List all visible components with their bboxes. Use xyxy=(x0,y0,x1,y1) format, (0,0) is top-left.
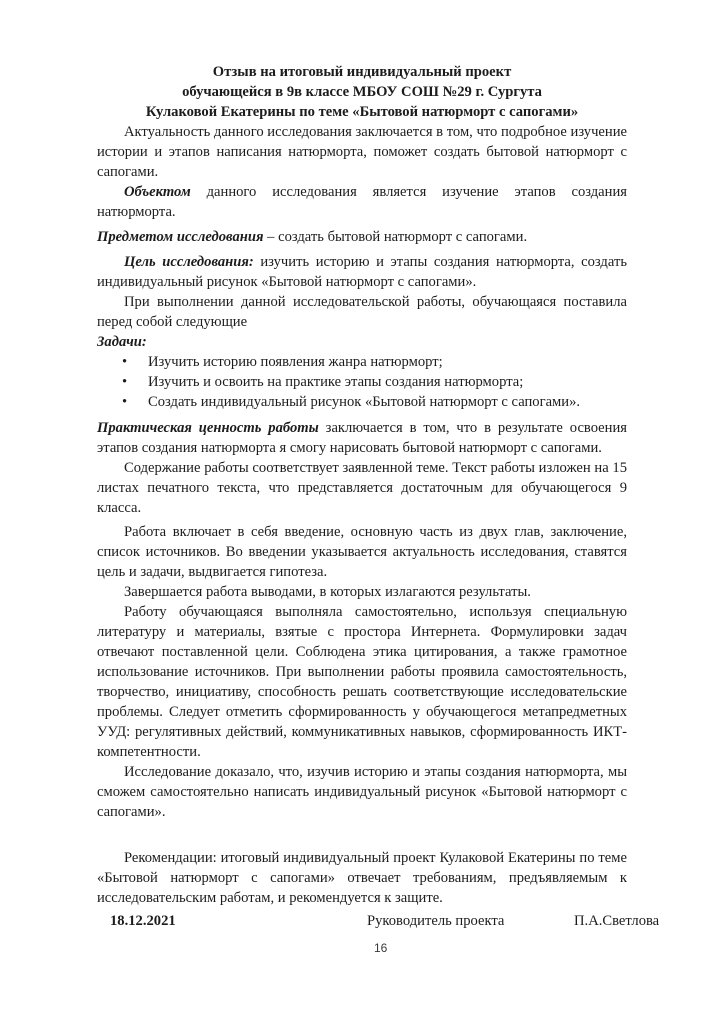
text-run: обучающейся в 9в классе МБОУ СОШ №29 г. … xyxy=(182,84,542,100)
paragraph: Практическая ценность работы заключается… xyxy=(97,418,627,458)
paragraph: Исследование доказало, что, изучив истор… xyxy=(97,762,627,822)
text-run: Рекомендации: итоговый индивидуальный пр… xyxy=(97,850,627,906)
signature-name: П.А.Светлова xyxy=(574,911,659,931)
paragraph: Рекомендации: итоговый индивидуальный пр… xyxy=(97,848,627,908)
document-content: Отзыв на итоговый индивидуальный проекто… xyxy=(97,62,627,931)
document-page: { "document": { "blocks": [ {"type":"p",… xyxy=(0,0,723,1024)
bullet-icon: • xyxy=(122,372,127,392)
text-run: Задачи: xyxy=(97,334,147,350)
signature-row: 18.12.2021 Руководитель проекта П.А.Свет… xyxy=(97,911,627,931)
paragraph: Предметом исследования – создать бытовой… xyxy=(97,227,627,247)
signature-date: 18.12.2021 xyxy=(110,911,176,931)
text-run: Цель исследования: xyxy=(124,254,254,270)
text-run: – создать бытовой натюрморт с сапогами. xyxy=(264,229,528,245)
paragraph: Работу обучающаяся выполняла самостоятел… xyxy=(97,602,627,762)
text-run: Изучить и освоить на практике этапы созд… xyxy=(148,374,523,390)
text-run: Завершается работа выводами, в которых и… xyxy=(124,584,531,600)
signature-role: Руководитель проекта xyxy=(367,911,504,931)
text-run: Создать индивидуальный рисунок «Бытовой … xyxy=(148,394,580,410)
paragraph: Объектом данного исследования является и… xyxy=(97,182,627,222)
paragraph: Цель исследования: изучить историю и эта… xyxy=(97,252,627,292)
title-line: Кулаковой Екатерины по теме «Бытовой нат… xyxy=(97,102,627,122)
title-line: обучающейся в 9в классе МБОУ СОШ №29 г. … xyxy=(97,82,627,102)
text-run: Актуальность данного исследования заключ… xyxy=(97,124,627,180)
text-run: Практическая ценность работы xyxy=(97,420,319,436)
paragraph: Задачи: xyxy=(97,332,627,352)
text-run: Отзыв на итоговый индивидуальный проект xyxy=(213,64,512,80)
list-item: •Изучить историю появления жанра натюрмо… xyxy=(97,352,627,372)
list-item: •Создать индивидуальный рисунок «Бытовой… xyxy=(97,392,627,412)
paragraph: Работа включает в себя введение, основну… xyxy=(97,522,627,582)
paragraph: Содержание работы соответствует заявленн… xyxy=(97,458,627,518)
text-run: Изучить историю появления жанра натюрмор… xyxy=(148,354,443,370)
paragraph: Актуальность данного исследования заключ… xyxy=(97,122,627,182)
page-number: 16 xyxy=(374,941,387,955)
title-line: Отзыв на итоговый индивидуальный проект xyxy=(97,62,627,82)
text-run: При выполнении данной исследовательской … xyxy=(97,294,627,330)
paragraph: При выполнении данной исследовательской … xyxy=(97,292,627,332)
list-item: •Изучить и освоить на практике этапы соз… xyxy=(97,372,627,392)
document-blocks: Отзыв на итоговый индивидуальный проекто… xyxy=(97,62,627,908)
paragraph: Завершается работа выводами, в которых и… xyxy=(97,582,627,602)
text-run: Работу обучающаяся выполняла самостоятел… xyxy=(97,604,627,760)
text-run: Предметом исследования xyxy=(97,229,264,245)
bullet-icon: • xyxy=(122,392,127,412)
text-run: Содержание работы соответствует заявленн… xyxy=(97,460,627,516)
text-run: Объектом xyxy=(124,184,191,200)
text-run: Исследование доказало, что, изучив истор… xyxy=(97,764,627,820)
text-run: Работа включает в себя введение, основну… xyxy=(97,524,627,580)
text-run: Кулаковой Екатерины по теме «Бытовой нат… xyxy=(146,104,578,120)
bullet-icon: • xyxy=(122,352,127,372)
